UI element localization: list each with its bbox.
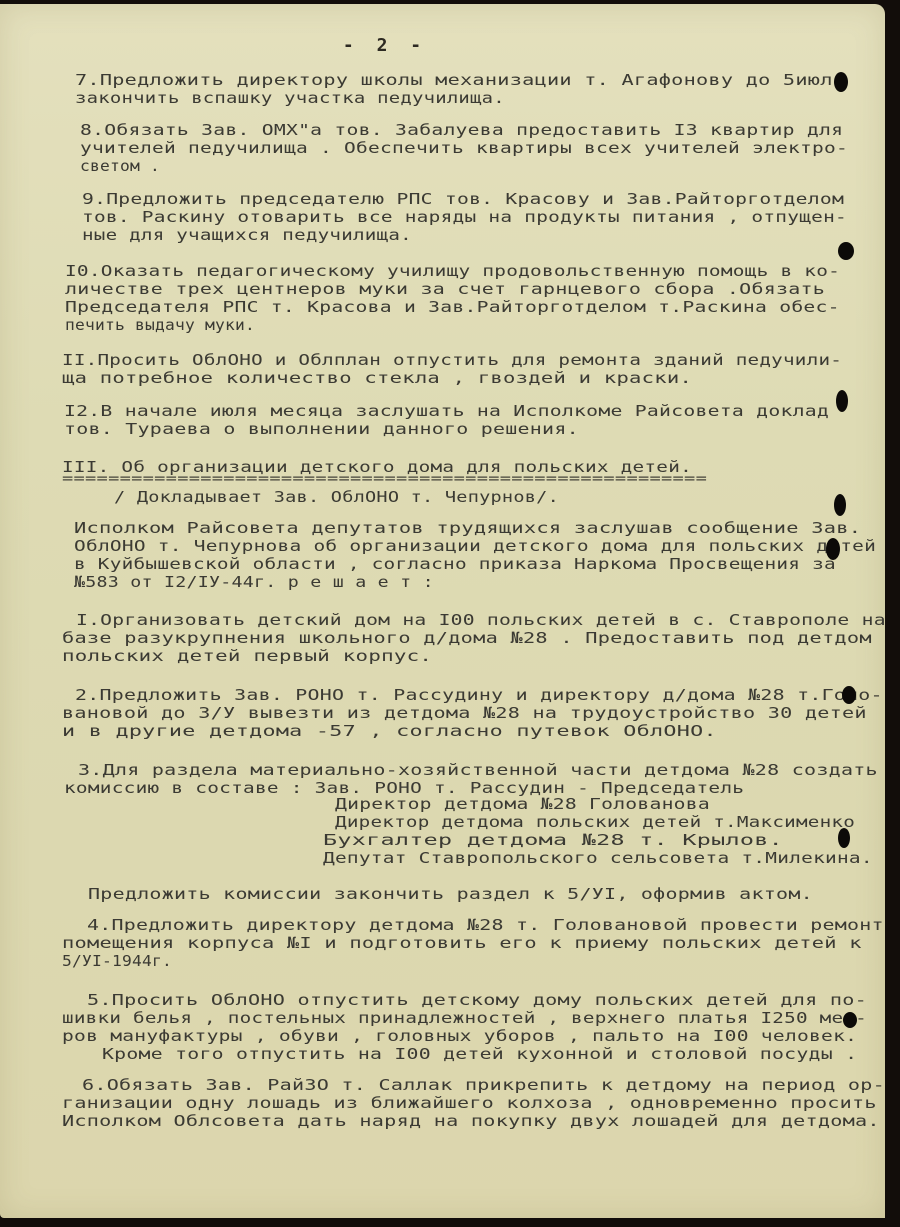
document-line: ща потребное количество стекла , гвоздей… [62, 369, 692, 387]
document-line: Исполком Облсовета дать наряд на покупку… [62, 1112, 880, 1130]
document-line: в Куйбышевской области , согласно приказ… [74, 555, 836, 573]
document-line: печить выдачу муки. [65, 316, 255, 334]
document-line: 5.Просить ОблОНО отпустить детскому дому… [87, 991, 867, 1009]
document-line: 3.Для раздела материально-хозяйственной … [78, 761, 878, 779]
document-line: светом . [80, 157, 160, 175]
document-line: вановой до 3/У вывезти из детдома №28 на… [62, 704, 867, 722]
document-line: ганизации одну лошадь из ближайшего колх… [62, 1094, 877, 1112]
document-line: Кроме того отпустить на I00 детей кухонн… [102, 1045, 857, 1063]
document-line: ров мануфактуры , обуви , головных уборо… [62, 1027, 857, 1045]
document-line: Председателя РПС т. Красова и Зав.Райтор… [65, 298, 840, 316]
document-line: Исполком Райсовета депутатов трудящихся … [74, 519, 861, 537]
binding-hole [836, 390, 848, 412]
document-line: тов. Раскину отоварить все наряды на про… [82, 208, 847, 226]
document-line: II.Просить ОблОНО и Облплан отпустить дл… [62, 351, 842, 369]
document-line: и в другие детдома -57 , согласно путево… [62, 722, 717, 740]
document-line: 5/УI-1944г. [62, 952, 172, 970]
page-number: - 2 - [0, 35, 770, 56]
document-line: 6.Обязать Зав. РайЗО т. Саллак прикрепит… [82, 1076, 885, 1094]
document-line: 8.Обязать Зав. ОМХ"а тов. Забалуева пред… [80, 121, 843, 139]
binding-hole [834, 494, 846, 516]
document-line: I2.В начале июля месяца заслушать на Исп… [64, 402, 829, 420]
section-underline: ========================================… [62, 472, 707, 486]
document-line: / Докладывает Зав. ОблОНО т. Чепурнов/. [114, 488, 559, 506]
document-line: ные для учащихся педучилища. [82, 226, 412, 244]
document-line: Бухгалтер детдома №28 т. Крылов. [323, 831, 783, 849]
binding-hole [838, 828, 850, 848]
document-line: личестве трех центнеров муки за счет гар… [65, 280, 825, 298]
binding-hole [834, 72, 848, 92]
document-line: шивки белья , постельных принадлежностей… [62, 1009, 867, 1027]
document-line: базе разукрупнения школьного д/дома №28 … [62, 629, 872, 647]
document-line: Предложить комиссии закончить раздел к 5… [88, 885, 813, 903]
binding-hole [842, 686, 856, 704]
document-line: польских детей первый корпус. [62, 647, 432, 665]
binding-hole [843, 1012, 857, 1028]
binding-hole [826, 538, 840, 560]
document-line: закончить вспашку участка педучилища. [75, 89, 505, 107]
document-line: 4.Предложить директору детдома №28 т. Го… [87, 916, 884, 934]
document-line: №583 от I2/IУ-44г. р е ш а е т : [74, 573, 434, 591]
document-line: I0.Оказать педагогическому училищу продо… [65, 262, 840, 280]
document-line: помещения корпуса №I и подготовить его к… [62, 934, 862, 952]
document-line: 7.Предложить директору школы механизации… [75, 71, 845, 89]
document-line: учителей педучилища . Обеспечить квартир… [80, 139, 848, 157]
document-line: Директор детдома польских детей т.Максим… [335, 813, 855, 831]
document-line: 9.Предложить председателю РПС тов. Красо… [82, 190, 844, 208]
document-line: 2.Предложить Зав. РОНО т. Рассудину и ди… [75, 686, 883, 704]
document-line: Депутат Ставропольского сельсовета т.Мил… [323, 849, 873, 867]
document-line: I.Организовать детский дом на I00 польск… [76, 611, 886, 629]
document-line: Директор детдома №28 Голованова [335, 795, 710, 813]
binding-hole [838, 242, 854, 260]
document-line: тов. Тураева о выполнении данного решени… [64, 420, 579, 438]
document-line: ОблОНО т. Чепурнова об организации детск… [74, 537, 876, 555]
